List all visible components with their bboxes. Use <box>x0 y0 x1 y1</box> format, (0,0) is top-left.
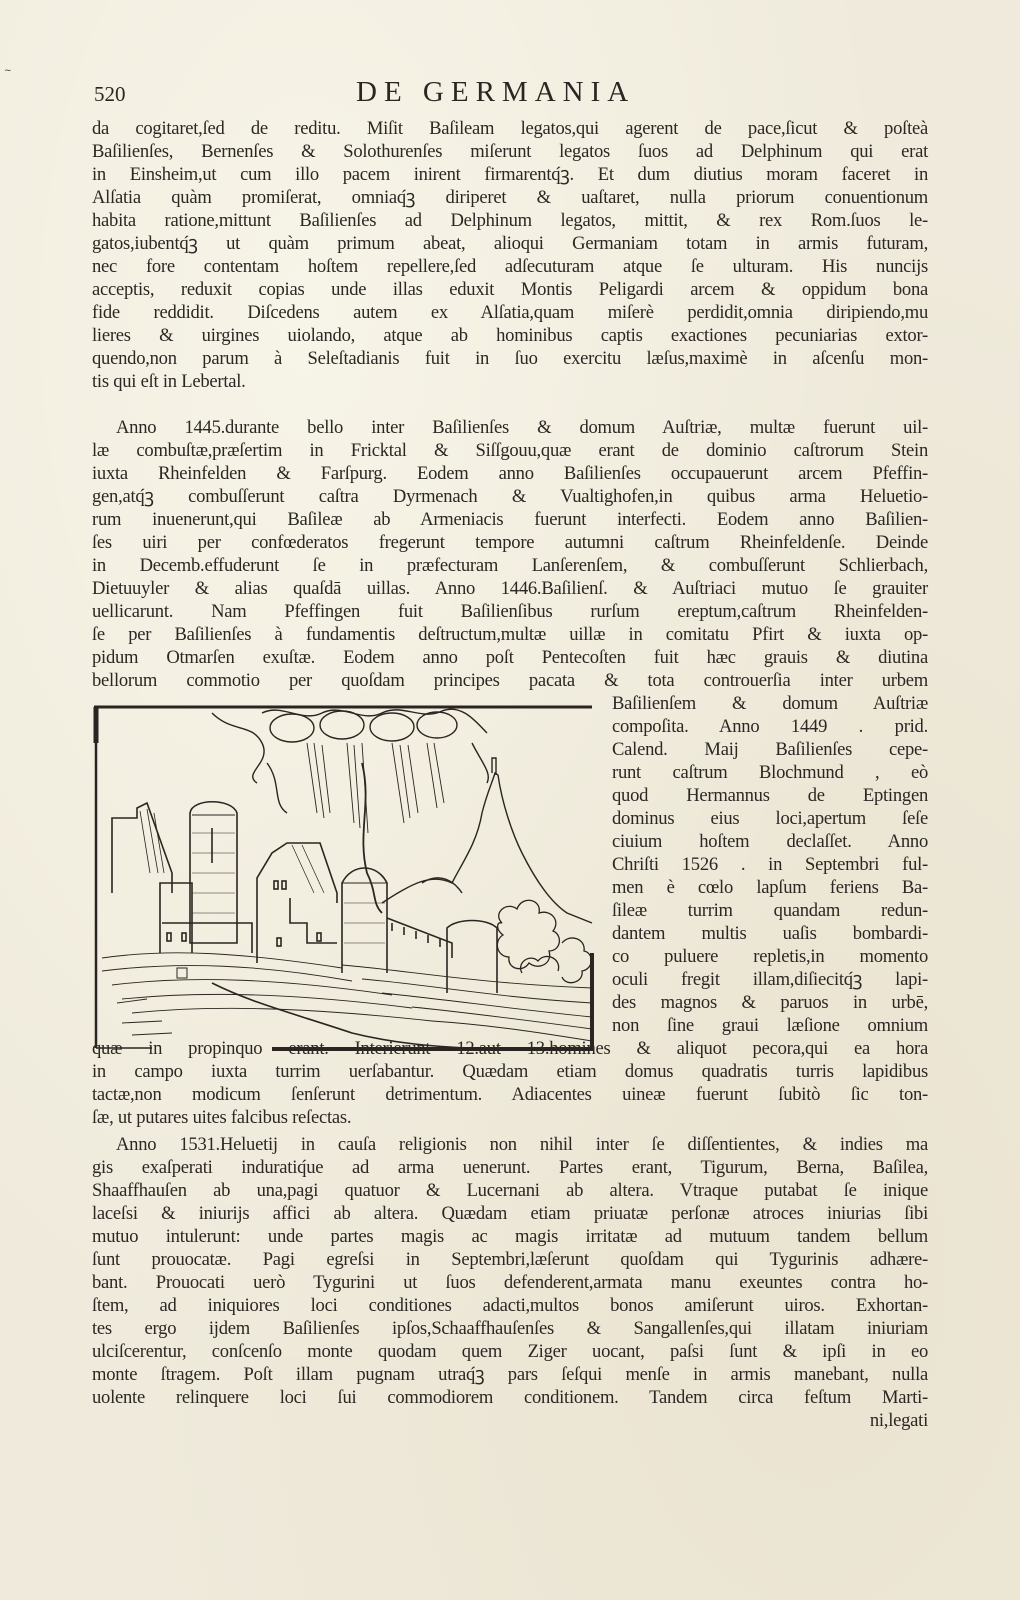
catchword: ni,legati <box>92 1409 928 1432</box>
text-line: in Einsheim,ut cum illo pacem inirent fi… <box>92 163 928 186</box>
text-line: Alſatia quàm promiſerat, omniaq́ꝫ diripe… <box>92 186 928 209</box>
text-line: des magnos & paruos in urbē, <box>612 991 928 1014</box>
text-line: Calend. Maij Baſilienſes cepe- <box>612 738 928 761</box>
lightning-tower-woodcut-icon <box>92 703 600 1053</box>
text-line: compoſita. Anno 1449 . prid. <box>612 715 928 738</box>
text-line: tactæ,non modicum ſenſerunt detrimentum.… <box>92 1083 928 1106</box>
text-line: ſileæ turrim quandam redun- <box>612 899 928 922</box>
margin-mark: ~ <box>4 66 11 76</box>
text-line: ſes uiri per confœderatos fregerunt temp… <box>92 531 928 554</box>
text-line: Baſilienſes, Bernenſes & Solothurenſes m… <box>92 140 928 163</box>
text-line: da cogitaret,ſed de reditu. Miſit Baſile… <box>92 117 928 140</box>
page-number: 520 <box>94 82 126 107</box>
text-line: Anno 1445.durante bello inter Baſilienſe… <box>92 416 928 439</box>
text-line: iuxta Rheinfelden & Farſpurg. Eodem anno… <box>92 462 928 485</box>
text-line: pidum Otmarſen exuſtæ. Eodem anno poſt P… <box>92 646 928 669</box>
text-line: Chriſti 1526 . in Septembri ful- <box>612 853 928 876</box>
text-line: dantem multis uaſis bombardi- <box>612 922 928 945</box>
text-line: tes ergo ijdem Baſilienſes ipſos,Schaaff… <box>92 1317 928 1340</box>
text-line: uellicarunt. Nam Pfeffingen fuit Baſilie… <box>92 600 928 623</box>
text-line: Anno 1531.Heluetij in cauſa religionis n… <box>92 1133 928 1156</box>
text-line: quendo,non parum à Seleſtadianis fuit in… <box>92 347 928 370</box>
text-line: ciuium hoſtem declaſſet. Anno <box>612 830 928 853</box>
text-line: dominus eius loci,apertum ſeſe <box>612 807 928 830</box>
text-line: Shaaffhauſen ab una,pagi quatuor & Lucer… <box>92 1179 928 1202</box>
text-line: Dietuuyler & alias quaſdā uillas. Anno 1… <box>92 577 928 600</box>
text-line: gatos,iubentq́ꝫ ut quàm primum abeat, al… <box>92 232 928 255</box>
text-line: læ combuſtæ,præſertim in Fricktal & Siſſ… <box>92 439 928 462</box>
text-line: gis exaſperati induratiq́ue ad arma uene… <box>92 1156 928 1179</box>
text-line: ſæ, ut putares uites falcibus reſectas. <box>92 1106 928 1129</box>
text-line: tis qui eſt in Lebertal. <box>92 370 928 393</box>
text-line: men è cœlo lapſum feriens Ba- <box>612 876 928 899</box>
text-line: lieres & uirgines uiolando, atque ab hom… <box>92 324 928 347</box>
text-line: bant. Prouocati uerò Tygurini ut ſuos de… <box>92 1271 928 1294</box>
text-line: rum inuenerunt,qui Baſileæ ab Armeniacis… <box>92 508 928 531</box>
text-line: in campo iuxta turrim uerſabantur. Quæda… <box>92 1060 928 1083</box>
text-line: ſe per Baſilienſes à fundamentis deſtruc… <box>92 623 928 646</box>
text-line: ſunt prouocatæ. Pagi egreſsi in Septembr… <box>92 1248 928 1271</box>
text-line: ulciſcerentur, conſcenſo monte quodam qu… <box>92 1340 928 1363</box>
text-line: gen,atq́ꝫ combuſſerunt caſtra Dyrmenach … <box>92 485 928 508</box>
text-line: non ſine graui læſione omnium <box>612 1014 928 1037</box>
text-line: bellorum commotio per quoſdam principes … <box>92 669 928 692</box>
text-line: in Decemb.effuderunt ſe in præfecturam L… <box>92 554 928 577</box>
text-line: Baſilienſem & domum Auſtriæ <box>612 692 928 715</box>
text-line: co puluere repletis,in momento <box>612 945 928 968</box>
text-line: ſtem, ad iniquiores loci conditiones ada… <box>92 1294 928 1317</box>
text-line: runt caſtrum Blochmund , eò <box>612 761 928 784</box>
page-header: 520 DE GERMANIA <box>94 76 924 110</box>
text-line: uolente relinquere loci ſui commodiorem … <box>92 1386 928 1409</box>
running-head: DE GERMANIA <box>356 76 635 109</box>
text-line: oculi fregit illam,diſiecitq́ꝫ lapi- <box>612 968 928 991</box>
text-line: quod Hermannus de Eptingen <box>612 784 928 807</box>
text-line: mutuo intulerunt: unde partes magis ac m… <box>92 1225 928 1248</box>
text-line: laceſsi & iniurijs affici ab altera. Quæ… <box>92 1202 928 1225</box>
text-line: acceptis, reduxit copias unde illas edux… <box>92 278 928 301</box>
text-line: fide reddidit. Diſcedens autem ex Alſati… <box>92 301 928 324</box>
text-line: monte ſtragem. Poſt illam pugnam utraq́ꝫ… <box>92 1363 928 1386</box>
text-line: habita ratione,mittunt Baſilienſes ad De… <box>92 209 928 232</box>
text-line: nec fore contentam hoſtem repellere,ſed … <box>92 255 928 278</box>
woodcut-illustration <box>92 703 600 1053</box>
text-line: quæ in propinquo erant. Interierunt 12.a… <box>92 1037 928 1060</box>
